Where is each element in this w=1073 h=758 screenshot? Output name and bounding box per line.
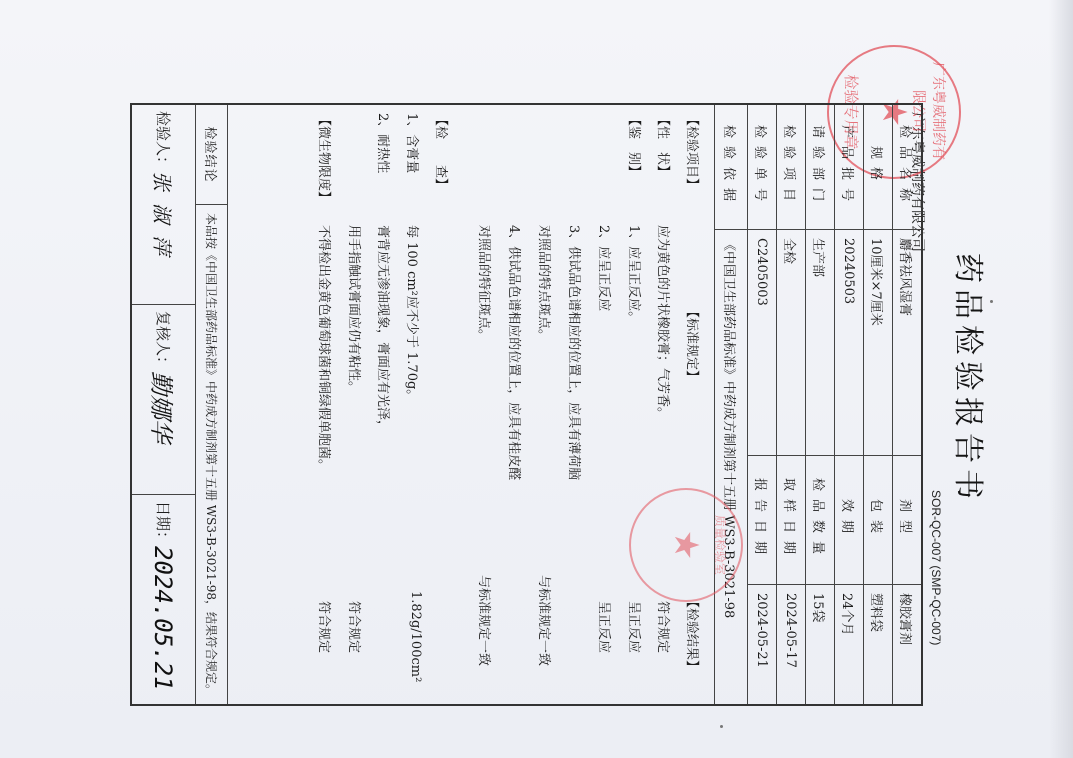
- identification-4-result: 与标准规定一致: [476, 575, 495, 666]
- field-label: 请验部门: [806, 105, 834, 230]
- scan-speck: [900, 620, 903, 623]
- identification-3-standard: 3、供试品色谱相应的位置上，应具有薄荷脑: [566, 225, 585, 480]
- field-value: 麝香祛风湿膏: [893, 230, 921, 455]
- character-standard: 应为黄色的片状橡胶膏；气芳香。: [655, 225, 674, 420]
- report-table: 检品名称 麝香祛风湿膏 剂型 橡胶膏剂 规格 10厘米×7厘米 包装 塑料袋 产…: [130, 103, 923, 706]
- field-value: 生产部: [806, 230, 834, 455]
- scan-edge-shadow: [1049, 0, 1073, 758]
- character-result: 符合规定: [655, 601, 674, 653]
- field-value: 20240503: [835, 230, 863, 455]
- inspection-1-result: 1.82g/100cm²: [408, 591, 423, 682]
- basis-row: 检验依据 《中国卫生部药品标准》中药成方制剂第十五册 WS3-B-3021-98: [714, 105, 747, 704]
- field-value: 15袋: [806, 585, 834, 704]
- conclusion-text: 本品按《中国卫生部药品标准》中药成方制剂第十五册 WS3-B-3021-98，结…: [196, 205, 227, 704]
- field-label: 检品名称: [893, 105, 921, 230]
- scan-speck: [720, 725, 723, 728]
- identification-3-standard-cont: 对照品的特点斑点。: [536, 225, 555, 342]
- microbial-standard: 不得检出金黄色葡萄球菌和铜绿假单胞菌。: [316, 225, 335, 472]
- inspection-2-name: 2、耐热性: [375, 113, 394, 173]
- field-label: 检品数量: [806, 455, 834, 585]
- field-label: 剂型: [893, 455, 921, 585]
- identification-1-result: 呈正反应: [626, 601, 645, 653]
- conclusion-label: 检验结论: [196, 105, 227, 205]
- field-label: 包装: [864, 455, 892, 585]
- identification-2-standard: 2、应呈正反应: [596, 225, 615, 311]
- col-header-standard: 【标准规定】: [684, 305, 703, 383]
- inspection-2-standard: 膏背应无渗油现象，膏面应有光泽，: [375, 225, 394, 433]
- reviewer-signature: 勤娜华: [146, 371, 181, 443]
- inspection-1-standard: 每 100 cm²应不少于 1.70g。: [404, 225, 423, 402]
- header-row-4: 请验部门 生产部 检品数量 15袋: [805, 105, 834, 704]
- inspection-2-result: 符合规定: [346, 601, 365, 653]
- field-value: 塑料袋: [864, 585, 892, 704]
- inspector-label: 检验人：: [153, 111, 174, 171]
- document-number: SOR-QC-007 (SMP-QC-007): [929, 490, 943, 645]
- field-value: 2024-05-17: [777, 585, 805, 704]
- section-microbial-title: 【微生物限度】: [316, 113, 335, 204]
- field-value: 2024-05-21: [748, 585, 776, 704]
- reviewer-label: 复核人：: [153, 311, 174, 371]
- header-row-2: 规格 10厘米×7厘米 包装 塑料袋: [863, 105, 892, 704]
- field-label: 规格: [864, 105, 892, 230]
- microbial-result: 符合规定: [316, 601, 335, 653]
- basis-value: 《中国卫生部药品标准》中药成方制剂第十五册 WS3-B-3021-98: [715, 230, 747, 704]
- field-label: 产品批号: [835, 105, 863, 230]
- reviewer-cell: 复核人： 勤娜华: [132, 305, 195, 495]
- inspector-cell: 检验人： 张 淑 萍: [132, 105, 195, 305]
- field-value: 橡胶膏剂: [893, 585, 921, 704]
- date-cell: 日期： 2024.05.21: [132, 495, 195, 704]
- header-row-3: 产品批号 20240503 效期 24个月: [834, 105, 863, 704]
- section-inspection-title: 【检 查】: [433, 113, 452, 191]
- col-header-item: 【检验项目】: [684, 113, 703, 191]
- field-value: C2405003: [748, 230, 776, 455]
- inspector-signature: 张 淑 萍: [149, 171, 178, 255]
- date-label: 日期：: [153, 501, 174, 546]
- field-label: 检验单号: [748, 105, 776, 230]
- identification-2-result: 呈正反应: [596, 601, 615, 653]
- identification-1-standard: 1、应呈正反应。: [626, 225, 645, 324]
- scanned-report-page: 药品检验报告书 广东粤威制药有限公司 SOR-QC-007 (SMP-QC-00…: [0, 0, 1073, 758]
- identification-3-result: 与标准规定一致: [536, 575, 555, 666]
- section-identification-title: 【鉴 别】: [626, 113, 645, 178]
- basis-label: 检验依据: [715, 105, 747, 230]
- field-label: 效期: [835, 455, 863, 585]
- col-header-result: 【检验结果】: [684, 595, 703, 673]
- field-label: 报告日期: [748, 455, 776, 585]
- inspection-2-standard-cont: 用手指触试膏面应仍有粘性。: [346, 225, 365, 394]
- field-value: 10厘米×7厘米: [864, 230, 892, 455]
- inspection-1-name: 1、含膏量: [404, 113, 423, 173]
- field-label: 取样日期: [777, 455, 805, 585]
- header-row-6: 检验单号 C2405003 报告日期 2024-05-21: [747, 105, 776, 704]
- field-label: 检验项目: [777, 105, 805, 230]
- field-value: 24个月: [835, 585, 863, 704]
- section-character-title: 【性 状】: [655, 113, 674, 178]
- signature-row: 检验人： 张 淑 萍 复核人： 勤娜华 日期： 2024.05.21: [132, 105, 195, 704]
- identification-4-standard-cont: 对照品的特征斑点。: [476, 225, 495, 342]
- scan-speck: [990, 300, 993, 303]
- date-value: 2024.05.21: [150, 546, 178, 691]
- seal-ring-text: 质量检验室: [712, 490, 729, 600]
- conclusion-row: 检验结论 本品按《中国卫生部药品标准》中药成方制剂第十五册 WS3-B-3021…: [195, 105, 228, 704]
- field-value: 全检: [777, 230, 805, 455]
- star-icon: ★: [666, 530, 706, 560]
- header-row-1: 检品名称 麝香祛风湿膏 剂型 橡胶膏剂: [892, 105, 921, 704]
- identification-4-standard: 4、供试品色谱相应的位置上，应具有桂皮醛: [506, 225, 525, 480]
- quality-seal-stamp: ★ 质量检验室: [629, 488, 743, 602]
- header-row-5: 检验项目 全检 取样日期 2024-05-17: [776, 105, 805, 704]
